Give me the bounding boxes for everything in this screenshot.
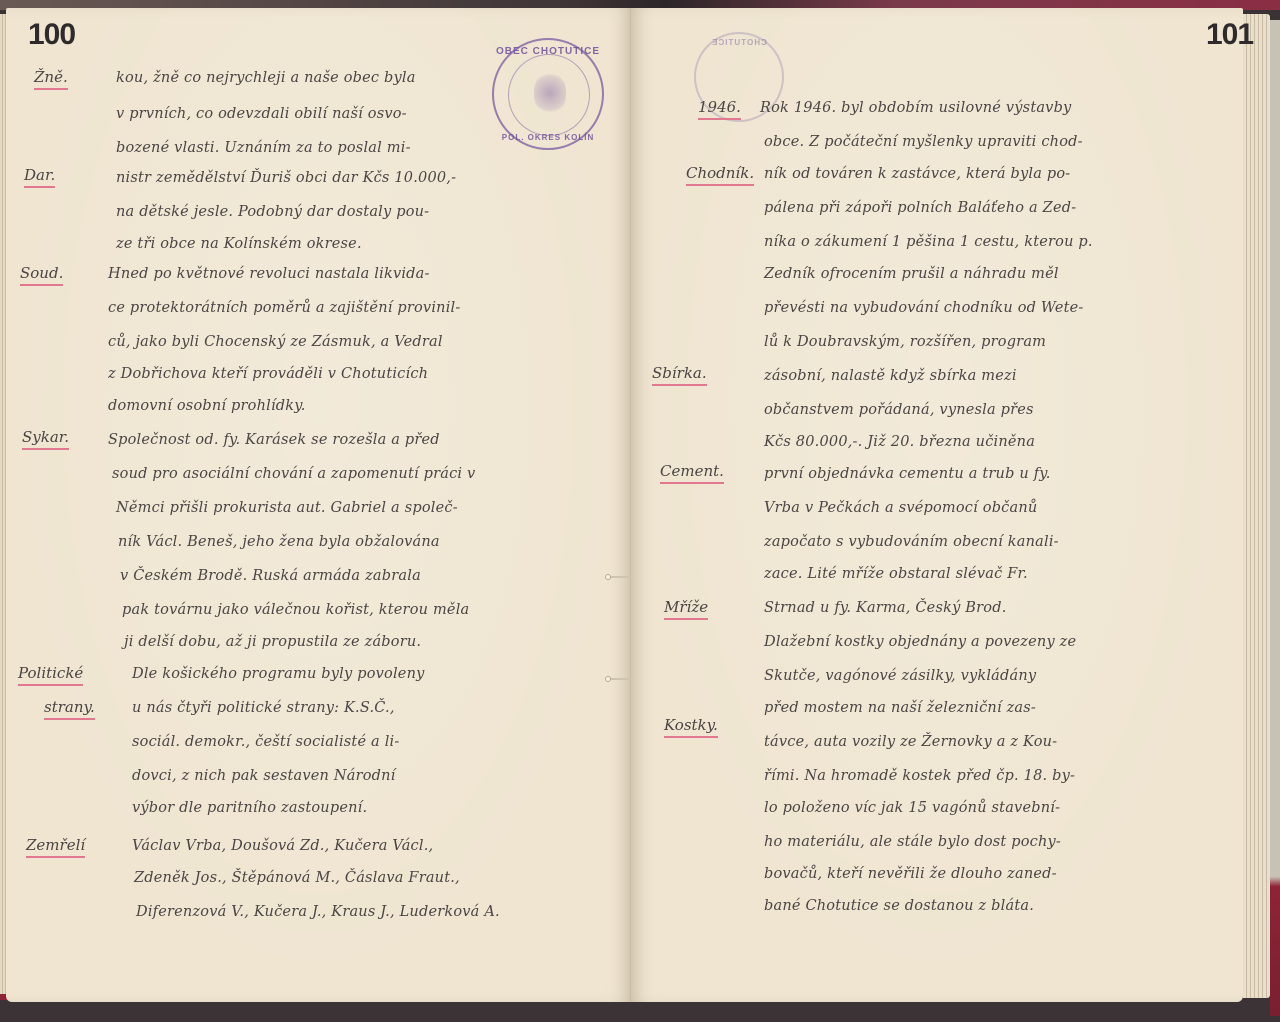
text-line: ji delší dobu, až ji propustila ze zábor… [124, 634, 421, 650]
text-line: dovci, z nich pak sestaven Národní [132, 768, 396, 784]
margin-label-chodnik: Chodník. [686, 164, 754, 186]
text-line: domovní osobní prohlídky. [108, 398, 306, 414]
text-line: nistr zemědělství Ďuriš obci dar Kčs 10.… [116, 170, 456, 186]
text-line: Skutče, vagónové zásilky, vykládány [764, 668, 1036, 684]
text-line: pak továrnu jako válečnou kořist, kterou… [122, 602, 469, 618]
text-line: sociál. demokr., čeští socialisté a li- [132, 734, 399, 750]
text-line: Zdeněk Jos., Štěpánová M., Čáslava Fraut… [134, 870, 460, 886]
text-line: soud pro asociální chování a zapomenutí … [112, 466, 475, 482]
text-line: níka o zákumení 1 pěšina 1 cestu, kterou… [764, 234, 1093, 250]
left-page-number: 100 [28, 18, 75, 52]
text-line: ník od továren k zastávce, která byla po… [764, 166, 1070, 182]
text-line: bozené vlasti. Uznáním za to poslal mi- [116, 140, 411, 156]
stamp-top-text: OBEC CHOTUTICE [494, 46, 602, 57]
text-line: Rok 1946. byl obdobím usilovné výstavby [760, 100, 1071, 116]
text-line: na dětské jesle. Podobný dar dostaly pou… [116, 204, 429, 220]
margin-label-soud: Soud. [20, 264, 63, 286]
margin-label-year-1946: 1946. [698, 98, 741, 120]
text-line: Hned po květnové revoluci nastala likvid… [108, 266, 430, 282]
text-line: Strnad u fy. Karma, Český Brod. [764, 600, 1007, 616]
margin-label-zemreli: Zemřelí [26, 836, 85, 858]
text-line: zace. Lité mříže obstaral slévač Fr. [764, 566, 1028, 582]
text-line: Dle košického programu byly povoleny [132, 666, 425, 682]
margin-label-strany: strany. [44, 698, 95, 720]
binding-red-right [1270, 20, 1280, 1016]
text-line: lů k Doubravským, rozšířen, program [764, 334, 1046, 350]
text-line: ze tři obce na Kolínském okrese. [116, 236, 362, 252]
text-line: ce protektorátních poměrů a zajištění pr… [108, 300, 460, 316]
text-line: távce, auta vozily ze Žernovky a z Kou- [764, 734, 1057, 750]
text-line: ců, jako byli Chocenský ze Zásmuk, a Ved… [108, 334, 443, 350]
text-line: bovačů, kteří nevěřili že dlouho zaned- [764, 866, 1057, 882]
text-line: lo položeno víc jak 15 vagónů stavební- [764, 800, 1060, 816]
text-line: z Dobřichova kteří prováděli v Chotuticí… [108, 366, 428, 382]
text-line: Václav Vrba, Doušová Zd., Kučera Václ., [132, 838, 433, 854]
text-line: Kčs 80.000,-. Již 20. března učiněna [764, 434, 1035, 450]
margin-label-dar: Dar. [24, 166, 55, 188]
margin-label-zne: Žně. [34, 68, 68, 90]
text-line: Zedník ofrocením prušil a náhradu měl [764, 266, 1059, 282]
text-line: obce. Z počáteční myšlenky upraviti chod… [764, 134, 1083, 150]
text-line: zásobní, nalastě když sbírka mezi [764, 368, 1017, 384]
municipal-stamp-chotutice: OBEC CHOTUTICE POL. OKRES KOLÍN [492, 38, 604, 150]
text-line: Diferenzová V., Kučera J., Kraus J., Lud… [136, 904, 500, 920]
margin-label-politicke: Politické [18, 664, 83, 686]
text-line: v prvních, co odevzdali obilí naší osvo- [116, 106, 407, 122]
text-line: Společnost od. fy. Karásek se rozešla a … [108, 432, 440, 448]
margin-label-sykar: Sykar. [22, 428, 69, 450]
text-line: první objednávka cementu a trub u fy. [764, 466, 1051, 482]
margin-label-cement: Cement. [660, 462, 724, 484]
page-edges-right [1243, 14, 1270, 998]
margin-label-sbirka: Sbírka. [652, 364, 707, 386]
right-page-number: 101 [1206, 18, 1253, 52]
book-cover-bottom [0, 1000, 1280, 1022]
text-line: výbor dle paritního zastoupení. [132, 800, 367, 816]
text-line: převésti na vybudování chodníku od Wete- [764, 300, 1084, 316]
stamp-bottom-text: POL. OKRES KOLÍN [494, 133, 602, 142]
text-line: pálena při zápoři polních Baláťeho a Zed… [764, 200, 1076, 216]
faded-stamp-text: CHOTUTICE [696, 38, 782, 47]
text-line: započato s vybudováním obecní kanali- [764, 534, 1059, 550]
text-line: v Českém Brodě. Ruská armáda zabrala [120, 568, 421, 584]
text-line: u nás čtyři politické strany: K.S.Č., [132, 700, 395, 716]
coat-of-arms-icon [534, 74, 566, 116]
text-line: bané Chotutice se dostanou z bláta. [764, 898, 1034, 914]
margin-label-kostky: Kostky. [664, 716, 718, 738]
text-line: občanstvem pořádaná, vynesla přes [764, 402, 1034, 418]
text-line: ho materiálu, ale stále bylo dost pochy- [764, 834, 1061, 850]
margin-label-mrize: Mříže [664, 598, 708, 620]
text-line: řími. Na hromadě kostek před čp. 18. by- [764, 768, 1075, 784]
text-line: Vrba v Pečkách a svépomocí občanů [764, 500, 1037, 516]
text-line: Němci přišli prokurista aut. Gabriel a s… [116, 500, 458, 516]
text-line: kou, žně co nejrychleji a naše obec byla [116, 70, 416, 86]
text-line: před mostem na naší železniční zas- [764, 700, 1036, 716]
text-line: ník Václ. Beneš, jeho žena byla obžalová… [118, 534, 440, 550]
text-line: Dlažební kostky objednány a povezeny ze [764, 634, 1076, 650]
